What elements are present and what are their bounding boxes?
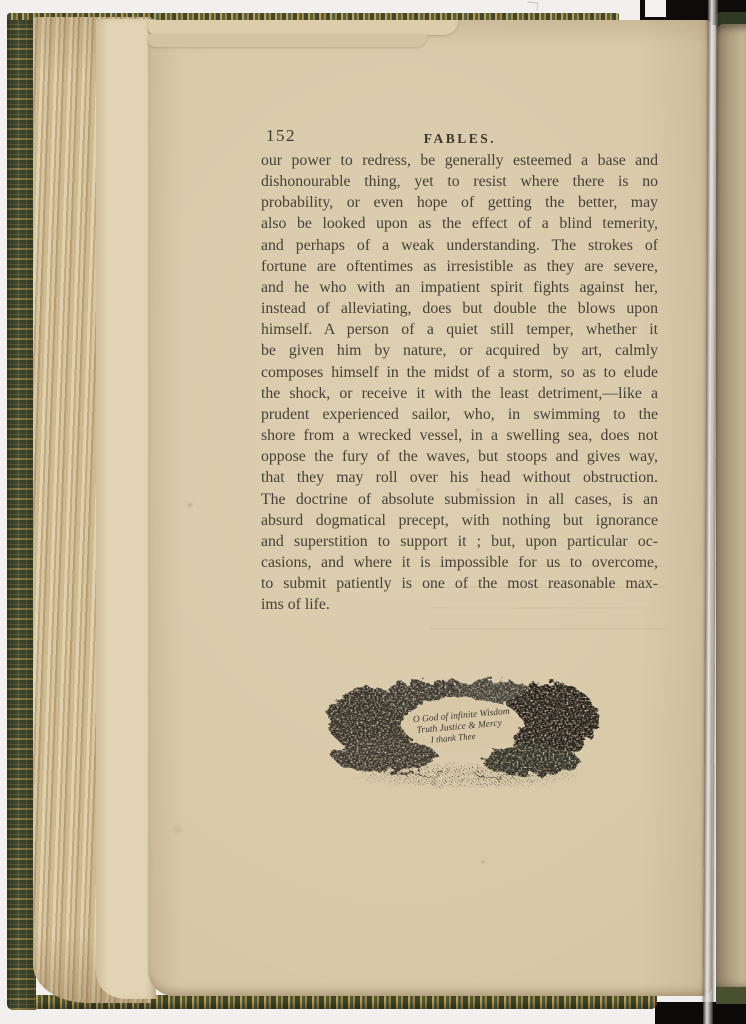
body-text: our power to redress, be generally estee… [261, 150, 658, 615]
body-line: casions, and where it is impossible for … [261, 552, 658, 573]
body-line: absurd dogmatical precept, with nothing … [261, 510, 658, 531]
body-line: to submit patiently is one of the most r… [261, 573, 658, 594]
body-line: also be looked upon as the effect of a b… [261, 213, 658, 234]
body-line: and superstition to support it ; but, up… [261, 531, 658, 552]
facing-page-edge [716, 24, 746, 990]
facing-page-tail-band [716, 987, 746, 1004]
running-header: FABLES. [262, 131, 658, 147]
tailpiece-engraving: O God of infinite Wisdom Truth Justice &… [315, 672, 610, 797]
body-line: oppose the fury of the waves, but stoops… [261, 446, 658, 467]
body-line: the shock, or receive it with the least … [261, 383, 658, 404]
body-line: and he who with an impatient spirit figh… [261, 277, 658, 298]
page-corner-layer [148, 34, 428, 47]
page-corner-layer [148, 20, 458, 35]
body-line: prudent experienced sailor, who, in swim… [261, 404, 658, 425]
body-line: our power to redress, be generally estee… [261, 150, 658, 171]
binding-left-edge [7, 13, 36, 1010]
body-line: probability, or even hope of getting the… [261, 192, 658, 213]
body-line: composes himself in the midst of a storm… [261, 362, 658, 383]
body-line: shore from a wrecked vessel, in a swelli… [261, 425, 658, 446]
ground-stipple [347, 764, 583, 788]
deckle-page-edge [96, 19, 156, 999]
body-line: ims of life. [261, 594, 658, 615]
body-line: fortune are oftentimes as irresistible a… [261, 256, 658, 277]
body-line: that they may roll over his head without… [261, 467, 658, 488]
studio-background-bottom-right [655, 1002, 746, 1024]
body-line: instead of alleviating, does but double … [261, 298, 658, 319]
body-line: The doctrine of absolute submission in a… [261, 489, 658, 510]
paper-scrap [645, 0, 666, 17]
body-line: dishonourable thing, yet to resist where… [261, 171, 658, 192]
body-line: be given him by nature, or acquired by a… [261, 340, 658, 361]
pencil-mark [527, 1, 539, 10]
body-line: himself. A person of a quiet still tempe… [261, 319, 658, 340]
body-line: and perhaps of a weak understanding. The… [261, 235, 658, 256]
